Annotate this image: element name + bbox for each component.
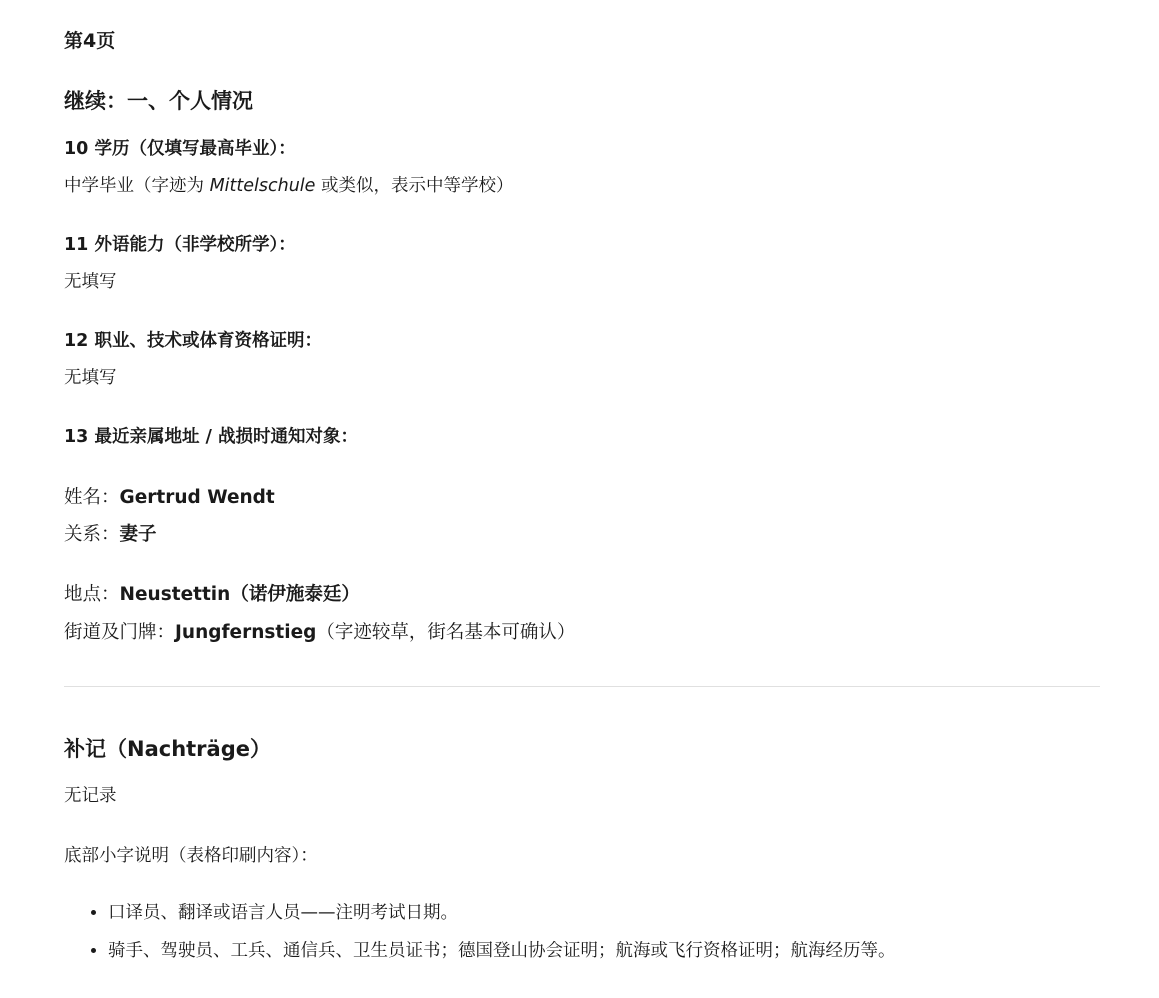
kin-street: 街道及门牌：Jungfernstieg（字迹较草，街名基本可确认） (64, 618, 575, 644)
kin-place-label: 地点： (64, 584, 120, 605)
page-label: 第4页 (64, 26, 115, 53)
field-10-value-italic: Mittelschule (210, 176, 316, 196)
field-11-label: 11 外语能力（非学校所学）： (64, 231, 296, 256)
field-10-value-suffix: 或类似，表示中等学校） (315, 176, 513, 196)
field-11-value: 无填写 (64, 268, 117, 293)
field-10-value: 中学毕业（字迹为 Mittelschule 或类似，表示中等学校） (64, 172, 514, 197)
kin-street-label: 街道及门牌： (64, 622, 175, 643)
kin-relation-label: 关系： (64, 524, 120, 545)
kin-street-value: Jungfernstieg (175, 622, 316, 643)
footer-list-item: 骑手、驾驶员、工兵、通信兵、卫生员证书；德国登山协会证明；航海或飞行资格证明；航… (108, 938, 896, 964)
section-title: 继续：一、个人情况 (64, 85, 253, 115)
field-10-label: 10 学历（仅填写最高毕业）： (64, 135, 296, 160)
notes-title: 补记（Nachträge） (64, 733, 271, 763)
kin-relation: 关系：妻子 (64, 520, 157, 546)
kin-name-value: Gertrud Wendt (120, 487, 275, 508)
kin-name: 姓名：Gertrud Wendt (64, 483, 275, 509)
field-13-label: 13 最近亲属地址 / 战损时通知对象： (64, 423, 358, 448)
kin-place: 地点：Neustettin（诺伊施泰廷） (64, 580, 360, 606)
footer-list: 口译员、翻译或语言人员——注明考试日期。 骑手、驾驶员、工兵、通信兵、卫生员证书… (64, 900, 896, 976)
footer-intro: 底部小字说明（表格印刷内容）： (64, 842, 318, 867)
kin-name-label: 姓名： (64, 487, 120, 508)
kin-place-value: Neustettin（诺伊施泰廷） (120, 584, 360, 605)
footer-list-item: 口译员、翻译或语言人员——注明考试日期。 (108, 900, 896, 926)
field-12-label: 12 职业、技术或体育资格证明： (64, 327, 322, 352)
field-12-value: 无填写 (64, 364, 117, 389)
notes-value: 无记录 (64, 782, 117, 807)
field-10-value-prefix: 中学毕业（字迹为 (64, 176, 210, 196)
kin-relation-value: 妻子 (120, 524, 157, 545)
kin-street-note: （字迹较草，街名基本可确认） (316, 622, 575, 643)
section-divider (64, 686, 1100, 687)
